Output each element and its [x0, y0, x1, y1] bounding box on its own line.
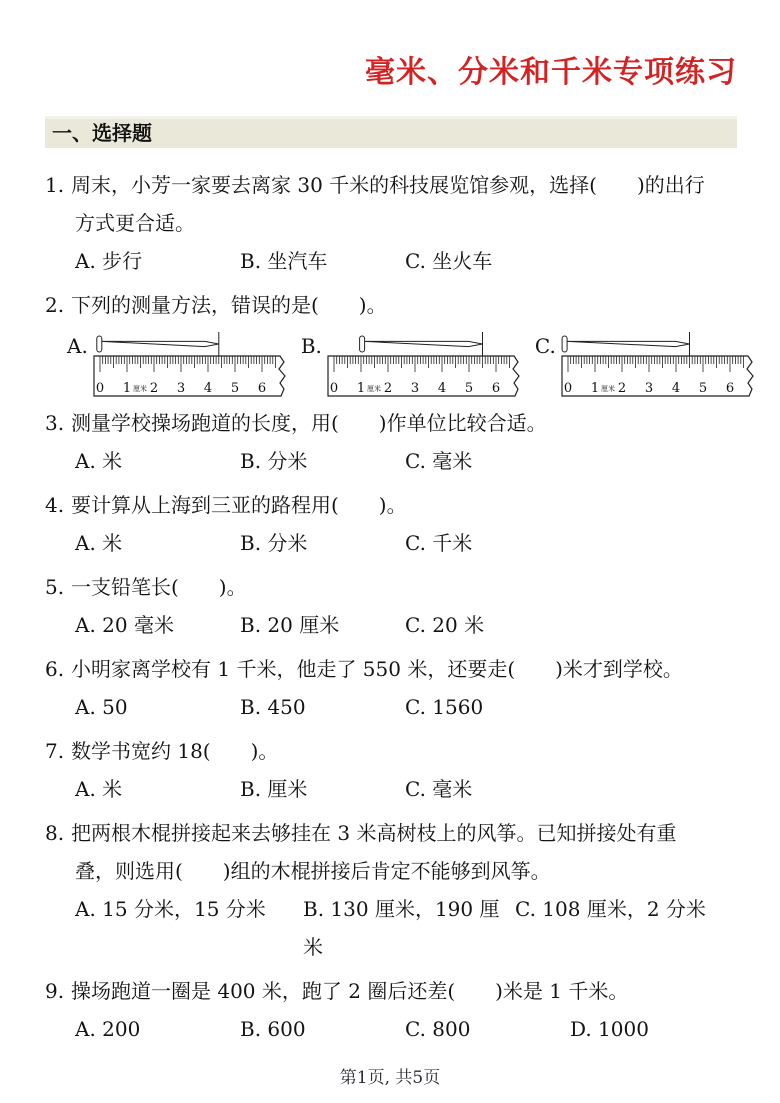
- question-1: 1.周末，小芳一家要去离家 30 千米的科技展览馆参观，选择( )的出行 方式更…: [45, 166, 737, 280]
- question-number: 4.: [45, 486, 71, 524]
- page-title: 毫米、分米和千米专项练习: [45, 56, 737, 90]
- page-footer: 第1页, 共5页: [0, 1063, 780, 1088]
- option-c: C. 20 米: [405, 606, 484, 644]
- options-row: A. 200 B. 600 C. 800 D. 1000: [45, 1010, 737, 1048]
- svg-text:5: 5: [231, 381, 239, 396]
- option-c: C. 坐火车: [405, 242, 492, 280]
- svg-text:3: 3: [411, 381, 419, 396]
- option-b: B. 130 厘米，190 厘米: [303, 890, 515, 966]
- svg-text:4: 4: [672, 381, 680, 396]
- svg-text:6: 6: [258, 381, 266, 396]
- svg-text:2: 2: [384, 381, 392, 396]
- option-c: C. 108 厘米，2 分米: [515, 890, 706, 966]
- option-b: B. 450: [240, 688, 405, 726]
- question-number: 8.: [45, 814, 71, 852]
- options-row: A. 米 B. 分米 C. 毫米: [45, 442, 737, 480]
- question-9: 9.操场跑道一圈是 400 米，跑了 2 圈后还差( )米是 1 千米。 A. …: [45, 972, 737, 1048]
- option-c: C. 毫米: [405, 770, 472, 808]
- ruler-nail-illustration: 0123456厘米: [559, 326, 759, 398]
- question-5: 5.一支铅笔长( )。 A. 20 毫米 B. 20 厘米 C. 20 米: [45, 568, 737, 644]
- question-text: 一支铅笔长( )。: [71, 575, 247, 599]
- option-b: B. 分米: [240, 442, 405, 480]
- option-c: C. 1560: [405, 688, 483, 726]
- question-number: 3.: [45, 404, 71, 442]
- ruler-option-label: C.: [535, 326, 556, 366]
- svg-text:4: 4: [438, 381, 446, 396]
- question-text: 操场跑道一圈是 400 米，跑了 2 圈后还差( )米是 1 千米。: [71, 979, 628, 1003]
- question-text-continued: 方式更合适。: [45, 204, 737, 242]
- question-number: 5.: [45, 568, 71, 606]
- question-3: 3.测量学校操场跑道的长度，用( )作单位比较合适。 A. 米 B. 分米 C.…: [45, 404, 737, 480]
- svg-text:6: 6: [726, 381, 734, 396]
- options-row: A. 50 B. 450 C. 1560: [45, 688, 737, 726]
- option-a: A. 15 分米，15 分米: [75, 890, 303, 966]
- svg-text:2: 2: [618, 381, 626, 396]
- question-8: 8.把两根木棍拼接起来去够挂在 3 米高树枝上的风筝。已知拼接处有重 叠，则选用…: [45, 814, 737, 966]
- svg-text:厘米: 厘米: [367, 384, 381, 393]
- svg-text:1: 1: [123, 381, 131, 396]
- svg-text:6: 6: [492, 381, 500, 396]
- option-b: B. 厘米: [240, 770, 405, 808]
- svg-text:3: 3: [645, 381, 653, 396]
- option-b: B. 坐汽车: [240, 242, 405, 280]
- ruler-figure-c: C. 0123456厘米: [535, 326, 759, 398]
- section-header: 一、选择题: [45, 116, 737, 148]
- question-number: 1.: [45, 166, 71, 204]
- svg-text:5: 5: [465, 381, 473, 396]
- svg-text:1: 1: [357, 381, 365, 396]
- svg-text:2: 2: [150, 381, 158, 396]
- ruler-nail-illustration: 0123456厘米: [91, 326, 291, 398]
- question-text: 周末，小芳一家要去离家 30 千米的科技展览馆参观，选择( )的出行: [71, 173, 705, 197]
- svg-text:5: 5: [699, 381, 707, 396]
- question-6: 6.小明家离学校有 1 千米，他走了 550 米，还要走( )米才到学校。 A.…: [45, 650, 737, 726]
- options-row: A. 米 B. 分米 C. 千米: [45, 524, 737, 562]
- question-2: 2.下列的测量方法，错误的是( )。 A. 0123456厘米 B. 01234…: [45, 286, 737, 398]
- option-c: C. 毫米: [405, 442, 472, 480]
- ruler-figure-a: A. 0123456厘米: [67, 326, 291, 398]
- option-c: C. 千米: [405, 524, 472, 562]
- ruler-figures-row: A. 0123456厘米 B. 0123456厘米 C. 0123456厘米: [45, 326, 737, 398]
- options-row: A. 15 分米，15 分米 B. 130 厘米，190 厘米 C. 108 厘…: [45, 890, 737, 966]
- ruler-option-label: B.: [301, 326, 322, 366]
- question-number: 9.: [45, 972, 71, 1010]
- option-a: A. 200: [75, 1010, 240, 1048]
- question-text: 把两根木棍拼接起来去够挂在 3 米高树枝上的风筝。已知拼接处有重: [71, 821, 676, 845]
- question-text: 数学书宽约 18( )。: [71, 739, 278, 763]
- options-row: A. 步行 B. 坐汽车 C. 坐火车: [45, 242, 737, 280]
- section-header-label: 一、选择题: [52, 121, 152, 145]
- option-a: A. 米: [75, 442, 240, 480]
- option-b: B. 20 厘米: [240, 606, 405, 644]
- question-number: 6.: [45, 650, 71, 688]
- option-b: B. 600: [240, 1010, 405, 1048]
- option-a: A. 步行: [75, 242, 240, 280]
- options-row: A. 20 毫米 B. 20 厘米 C. 20 米: [45, 606, 737, 644]
- svg-text:0: 0: [96, 381, 104, 396]
- question-text-continued: 叠，则选用( )组的木棍拼接后肯定不能够到风筝。: [45, 852, 737, 890]
- question-4: 4.要计算从上海到三亚的路程用( )。 A. 米 B. 分米 C. 千米: [45, 486, 737, 562]
- svg-text:0: 0: [330, 381, 338, 396]
- question-text: 要计算从上海到三亚的路程用( )。: [71, 493, 407, 517]
- option-a: A. 米: [75, 524, 240, 562]
- svg-text:3: 3: [177, 381, 185, 396]
- svg-text:厘米: 厘米: [601, 384, 615, 393]
- worksheet-page: { "page": { "title": "毫米、分米和千米专项练习", "fo…: [0, 0, 780, 1103]
- question-number: 2.: [45, 286, 71, 324]
- option-a: A. 米: [75, 770, 240, 808]
- svg-text:1: 1: [591, 381, 599, 396]
- option-a: A. 20 毫米: [75, 606, 240, 644]
- question-text: 下列的测量方法，错误的是( )。: [71, 293, 387, 317]
- svg-text:厘米: 厘米: [133, 384, 147, 393]
- questions-list: 1.周末，小芳一家要去离家 30 千米的科技展览馆参观，选择( )的出行 方式更…: [0, 148, 780, 1048]
- ruler-option-label: A.: [67, 326, 88, 366]
- svg-text:0: 0: [564, 381, 572, 396]
- question-7: 7.数学书宽约 18( )。 A. 米 B. 厘米 C. 毫米: [45, 732, 737, 808]
- option-b: B. 分米: [240, 524, 405, 562]
- options-row: A. 米 B. 厘米 C. 毫米: [45, 770, 737, 808]
- ruler-figure-b: B. 0123456厘米: [301, 326, 525, 398]
- option-c: C. 800: [405, 1010, 570, 1048]
- question-text: 测量学校操场跑道的长度，用( )作单位比较合适。: [71, 411, 547, 435]
- svg-text:4: 4: [204, 381, 212, 396]
- question-number: 7.: [45, 732, 71, 770]
- question-text: 小明家离学校有 1 千米，他走了 550 米，还要走( )米才到学校。: [71, 657, 683, 681]
- option-a: A. 50: [75, 688, 240, 726]
- ruler-nail-illustration: 0123456厘米: [325, 326, 525, 398]
- option-d: D. 1000: [570, 1010, 649, 1048]
